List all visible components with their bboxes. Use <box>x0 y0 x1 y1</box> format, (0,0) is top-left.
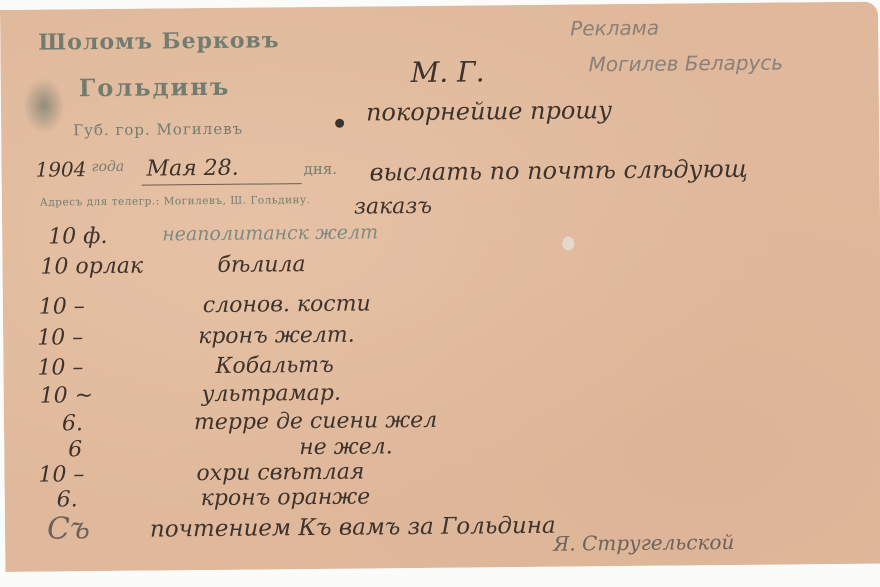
stamp-sender-name: Шоломъ Берковъ <box>38 27 280 55</box>
handwritten-year: 1904 <box>35 157 86 181</box>
ink-smudge <box>23 77 66 133</box>
closing-line: почтением Къ вамъ за Гольдина <box>150 513 556 543</box>
order-qty: 6. <box>57 487 78 512</box>
stamp-city: Губ. гор. Могилевъ <box>73 120 243 140</box>
stamp-telegraph-address: Адресъ для телегр.: Могилевъ, Ш. Гольдин… <box>40 194 311 209</box>
date-underline <box>142 183 302 186</box>
pencil-note-line2: Могилев Беларусь <box>588 50 783 76</box>
order-qty: 10 – <box>37 325 83 350</box>
closing-prefix: Съ <box>47 511 90 546</box>
order-qty: 10 орлак <box>40 254 143 280</box>
order-item-name: ультрамар. <box>202 381 341 407</box>
order-item-name: слонов. кости <box>203 291 371 318</box>
order-item-name: бѣлила <box>217 252 305 278</box>
order-item-name: не жел. <box>299 434 393 460</box>
pencil-note-line1: Реклама <box>570 16 659 41</box>
order-item-name: кронъ оранже <box>201 484 371 511</box>
request-line-1: покорнейше прошу <box>366 96 612 126</box>
order-qty: 10 – <box>38 462 84 487</box>
signature: Я. Стругельской <box>553 530 734 556</box>
order-item-name: Кобальтъ <box>215 353 334 379</box>
ink-dot <box>335 119 344 128</box>
order-item: 10 – слонов. кости <box>3 289 603 325</box>
order-item-name: кронъ желт. <box>198 323 355 350</box>
handwritten-date: Мая 28. <box>146 156 238 182</box>
request-line-2: выслать по почтѣ слѣдующ <box>369 155 747 187</box>
request-line-3: заказъ <box>354 194 432 220</box>
order-item: 10 орлак бѣлила <box>2 249 602 285</box>
postcard: Шоломъ Берковъ Гольдинъ Губ. гор. Могиле… <box>0 2 880 572</box>
order-list: 10 ф. неаполитанск желт 10 орлак бѣлила … <box>0 2 878 10</box>
order-qty: 10 ~ <box>40 383 94 409</box>
paper-spot <box>562 236 574 250</box>
order-qty: 10 – <box>37 355 83 380</box>
order-qty: 10 – <box>39 294 85 319</box>
stamp-year-label: года <box>91 159 124 175</box>
order-item-name: неаполитанск желт <box>162 221 378 245</box>
order-qty: 6 <box>68 437 82 462</box>
order-item-name: охри свѣтлая <box>196 460 364 487</box>
order-item-name: терре де сиени жел <box>194 408 437 435</box>
stamp-day-label: дня. <box>303 160 337 178</box>
order-qty: 10 ф. <box>48 224 107 250</box>
stamp-sender-surname: Гольдинъ <box>79 72 231 102</box>
salutation: М. Г. <box>410 55 484 89</box>
order-qty: 6. <box>62 411 83 436</box>
